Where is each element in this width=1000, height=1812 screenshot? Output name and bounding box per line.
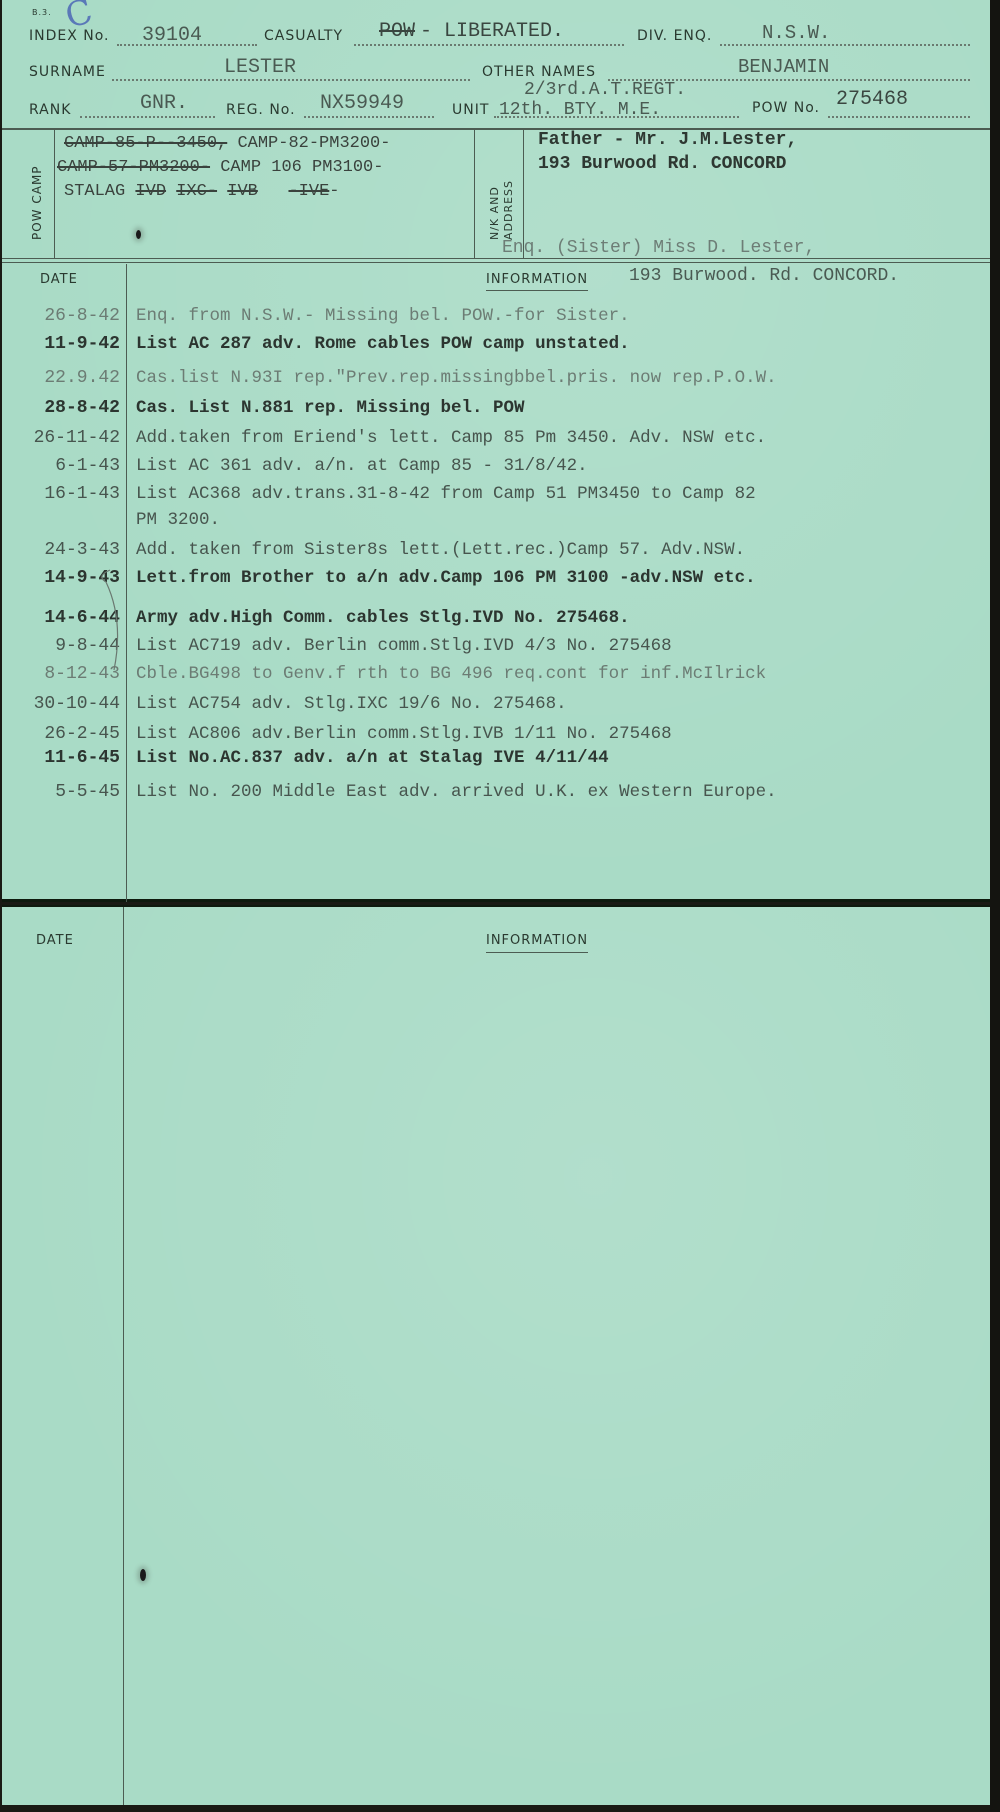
index-value: 39104 <box>142 24 202 47</box>
entry-info: List AC806 adv.Berlin comm.Stlg.IVB 1/11… <box>136 724 672 744</box>
entry-row: PM 3200. <box>2 510 990 536</box>
section-divider <box>2 258 990 259</box>
nk-label-line1: N/K AND <box>488 186 501 240</box>
entry-info: List AC 361 adv. a/n. at Camp 85 - 31/8/… <box>136 456 588 476</box>
pow-camp-line2-rest: CAMP 106 PM3100- <box>220 158 383 177</box>
entry-row: 28-8-42Cas. List N.881 rep. Missing bel.… <box>2 398 990 424</box>
dotted-rule <box>80 116 215 118</box>
enquiry-line1: Enq. (Sister) Miss D. Lester, <box>502 238 815 258</box>
entry-info: List AC719 adv. Berlin comm.Stlg.IVD 4/3… <box>136 636 672 656</box>
information-column-header: INFORMATION <box>486 272 588 291</box>
surname-label: SURNAME <box>29 64 106 80</box>
enquiry-line2: 193 Burwood. Rd. CONCORD. <box>629 266 899 286</box>
entry-row: 26-2-45List AC806 adv.Berlin comm.Stlg.I… <box>2 724 990 750</box>
entry-info: PM 3200. <box>136 510 220 530</box>
casualty-label: CASUALTY <box>264 28 343 44</box>
unit-value-line1: 2/3rd.A.T.REGT. <box>524 80 686 100</box>
entry-row: 14-6-44Army adv.High Comm. cables Stlg.I… <box>2 608 990 634</box>
entry-info: List No. 200 Middle East adv. arrived U.… <box>136 782 777 802</box>
entry-date: 30-10-44 <box>34 694 120 714</box>
nk-label-line2: ADDRESS <box>502 180 515 240</box>
entry-row: 14-9-43Lett.from Brother to a/n adv.Camp… <box>2 568 990 594</box>
pow-no-value: 275468 <box>836 88 908 111</box>
pow-camp-line3-suffix: - <box>329 182 339 201</box>
pow-camp-line3-prefix: STALAG <box>64 182 125 201</box>
entry-info: List AC754 adv. Stlg.IXC 19/6 No. 275468… <box>136 694 567 714</box>
rank-label: RANK <box>29 102 71 118</box>
unit-label: UNIT <box>452 102 489 118</box>
rank-value: GNR. <box>140 92 188 115</box>
entry-row: 11-9-42List AC 287 adv. Rome cables POW … <box>2 334 990 360</box>
entry-date: 26-8-42 <box>44 306 120 326</box>
entry-info: Enq. from N.S.W.- Missing bel. POW.-for … <box>136 306 630 326</box>
entry-row: 6-1-43List AC 361 adv. a/n. at Camp 85 -… <box>2 456 990 482</box>
entry-row: 26-8-42Enq. from N.S.W.- Missing bel. PO… <box>2 306 990 332</box>
pow-camp-line1-struck: CAMP-85-P--3450, <box>64 134 227 153</box>
entry-info: Cas.list N.93I rep."Prev.rep.missingbbel… <box>136 368 777 388</box>
pow-camp-struck-ivd: IVD <box>135 182 166 201</box>
punch-hole <box>140 1569 146 1581</box>
entry-info: List No.AC.837 adv. a/n at Stalag IVE 4/… <box>136 748 609 768</box>
entry-date: 26-2-45 <box>44 724 120 744</box>
pow-camp-line2-struck: CAMP-57-PM3200- <box>57 158 210 177</box>
entry-date: 5-5-45 <box>55 782 120 802</box>
entry-date: 26-11-42 <box>34 428 120 448</box>
pow-camp-line1: CAMP-85-P--3450, CAMP-82-PM3200- <box>64 134 390 153</box>
surname-value: LESTER <box>224 56 296 79</box>
card-back: DATE INFORMATION <box>2 905 990 1805</box>
entry-date: 11-9-42 <box>44 334 120 354</box>
div-enq-value: N.S.W. <box>762 22 830 44</box>
div-enq-label: DIV. ENQ. <box>637 28 712 44</box>
entry-info: Cas. List N.881 rep. Missing bel. POW <box>136 398 525 418</box>
punch-hole <box>136 230 141 239</box>
entry-date: 22.9.42 <box>44 368 120 388</box>
entry-info: Lett.from Brother to a/n adv.Camp 106 PM… <box>136 568 756 588</box>
pow-no-label: POW No. <box>752 100 820 116</box>
date-column-header: DATE <box>40 272 78 287</box>
reverse-information-header: INFORMATION <box>486 933 588 953</box>
entry-row: 30-10-44List AC754 adv. Stlg.IXC 19/6 No… <box>2 694 990 720</box>
entry-date: 28-8-42 <box>44 398 120 418</box>
pen-arrow-annotation <box>92 560 132 680</box>
reverse-date-header: DATE <box>36 933 74 948</box>
scan-border <box>990 0 1000 1812</box>
dotted-rule <box>354 44 624 46</box>
pow-camp-line2: CAMP-57-PM3200- CAMP 106 PM3100- <box>57 158 383 177</box>
dotted-rule <box>720 44 970 46</box>
entry-info: List AC 287 adv. Rome cables POW camp un… <box>136 334 630 354</box>
casualty-value: - LIBERATED. <box>420 20 564 43</box>
entry-row: 11-6-45List No.AC.837 adv. a/n at Stalag… <box>2 748 990 774</box>
entry-row: 24-3-43Add. taken from Sister8s lett.(Le… <box>2 540 990 566</box>
pow-camp-line3: STALAG IVD IXC- IVB -IVE- <box>64 182 339 201</box>
pow-camp-label: POW CAMP <box>30 165 44 240</box>
card-code: B.3. <box>32 8 52 17</box>
entry-row: 26-11-42Add.taken from Eriend's lett. Ca… <box>2 428 990 454</box>
entry-info: Add.taken from Eriend's lett. Camp 85 Pm… <box>136 428 766 448</box>
nk-line2: 193 Burwood Rd. CONCORD <box>538 154 786 174</box>
entry-info: Cble.BG498 to Genv.f rth to BG 496 req.c… <box>136 664 766 684</box>
column-rule <box>54 130 55 258</box>
other-names-label: OTHER NAMES <box>482 64 596 80</box>
reg-no-value: NX59949 <box>320 92 404 115</box>
nk-line1: Father - Mr. J.M.Lester, <box>538 130 797 150</box>
entry-info: Army adv.High Comm. cables Stlg.IVD No. … <box>136 608 630 628</box>
entry-date: 16-1-43 <box>44 484 120 504</box>
entry-row: 22.9.42Cas.list N.93I rep."Prev.rep.miss… <box>2 368 990 394</box>
entry-date: 6-1-43 <box>55 456 120 476</box>
casualty-struck: POW <box>379 20 415 43</box>
column-rule <box>474 130 475 258</box>
pow-camp-line1-rest: CAMP-82-PM3200- <box>237 134 390 153</box>
date-column-rule <box>123 907 124 1805</box>
entry-date: 11-6-45 <box>44 748 120 768</box>
index-label: INDEX No. <box>29 28 110 44</box>
entry-row: 9-8-44List AC719 adv. Berlin comm.Stlg.I… <box>2 636 990 662</box>
entry-row: 8-12-43Cble.BG498 to Genv.f rth to BG 49… <box>2 664 990 690</box>
dotted-rule <box>304 116 434 118</box>
section-divider <box>2 128 990 130</box>
entry-info: Add. taken from Sister8s lett.(Lett.rec.… <box>136 540 745 560</box>
unit-value-line2: 12th. BTY. M.E. <box>499 100 661 120</box>
entry-row: 5-5-45List No. 200 Middle East adv. arri… <box>2 782 990 808</box>
card-front: B.3. C INDEX No. 39104 CASUALTY POW - LI… <box>2 0 990 902</box>
entry-info: List AC368 adv.trans.31-8-42 from Camp 5… <box>136 484 756 504</box>
reg-no-label: REG. No. <box>226 102 296 118</box>
entry-row: 16-1-43List AC368 adv.trans.31-8-42 from… <box>2 484 990 510</box>
dotted-rule <box>828 116 970 118</box>
section-divider <box>2 262 990 263</box>
pow-camp-struck-ivb: IVB <box>227 182 258 201</box>
pow-camp-struck-ixc: IXC- <box>176 182 217 201</box>
dotted-rule <box>112 79 470 81</box>
pow-camp-struck-ive: -IVE <box>288 182 329 201</box>
other-names-value: BENJAMIN <box>738 56 829 78</box>
entry-date: 24-3-43 <box>44 540 120 560</box>
